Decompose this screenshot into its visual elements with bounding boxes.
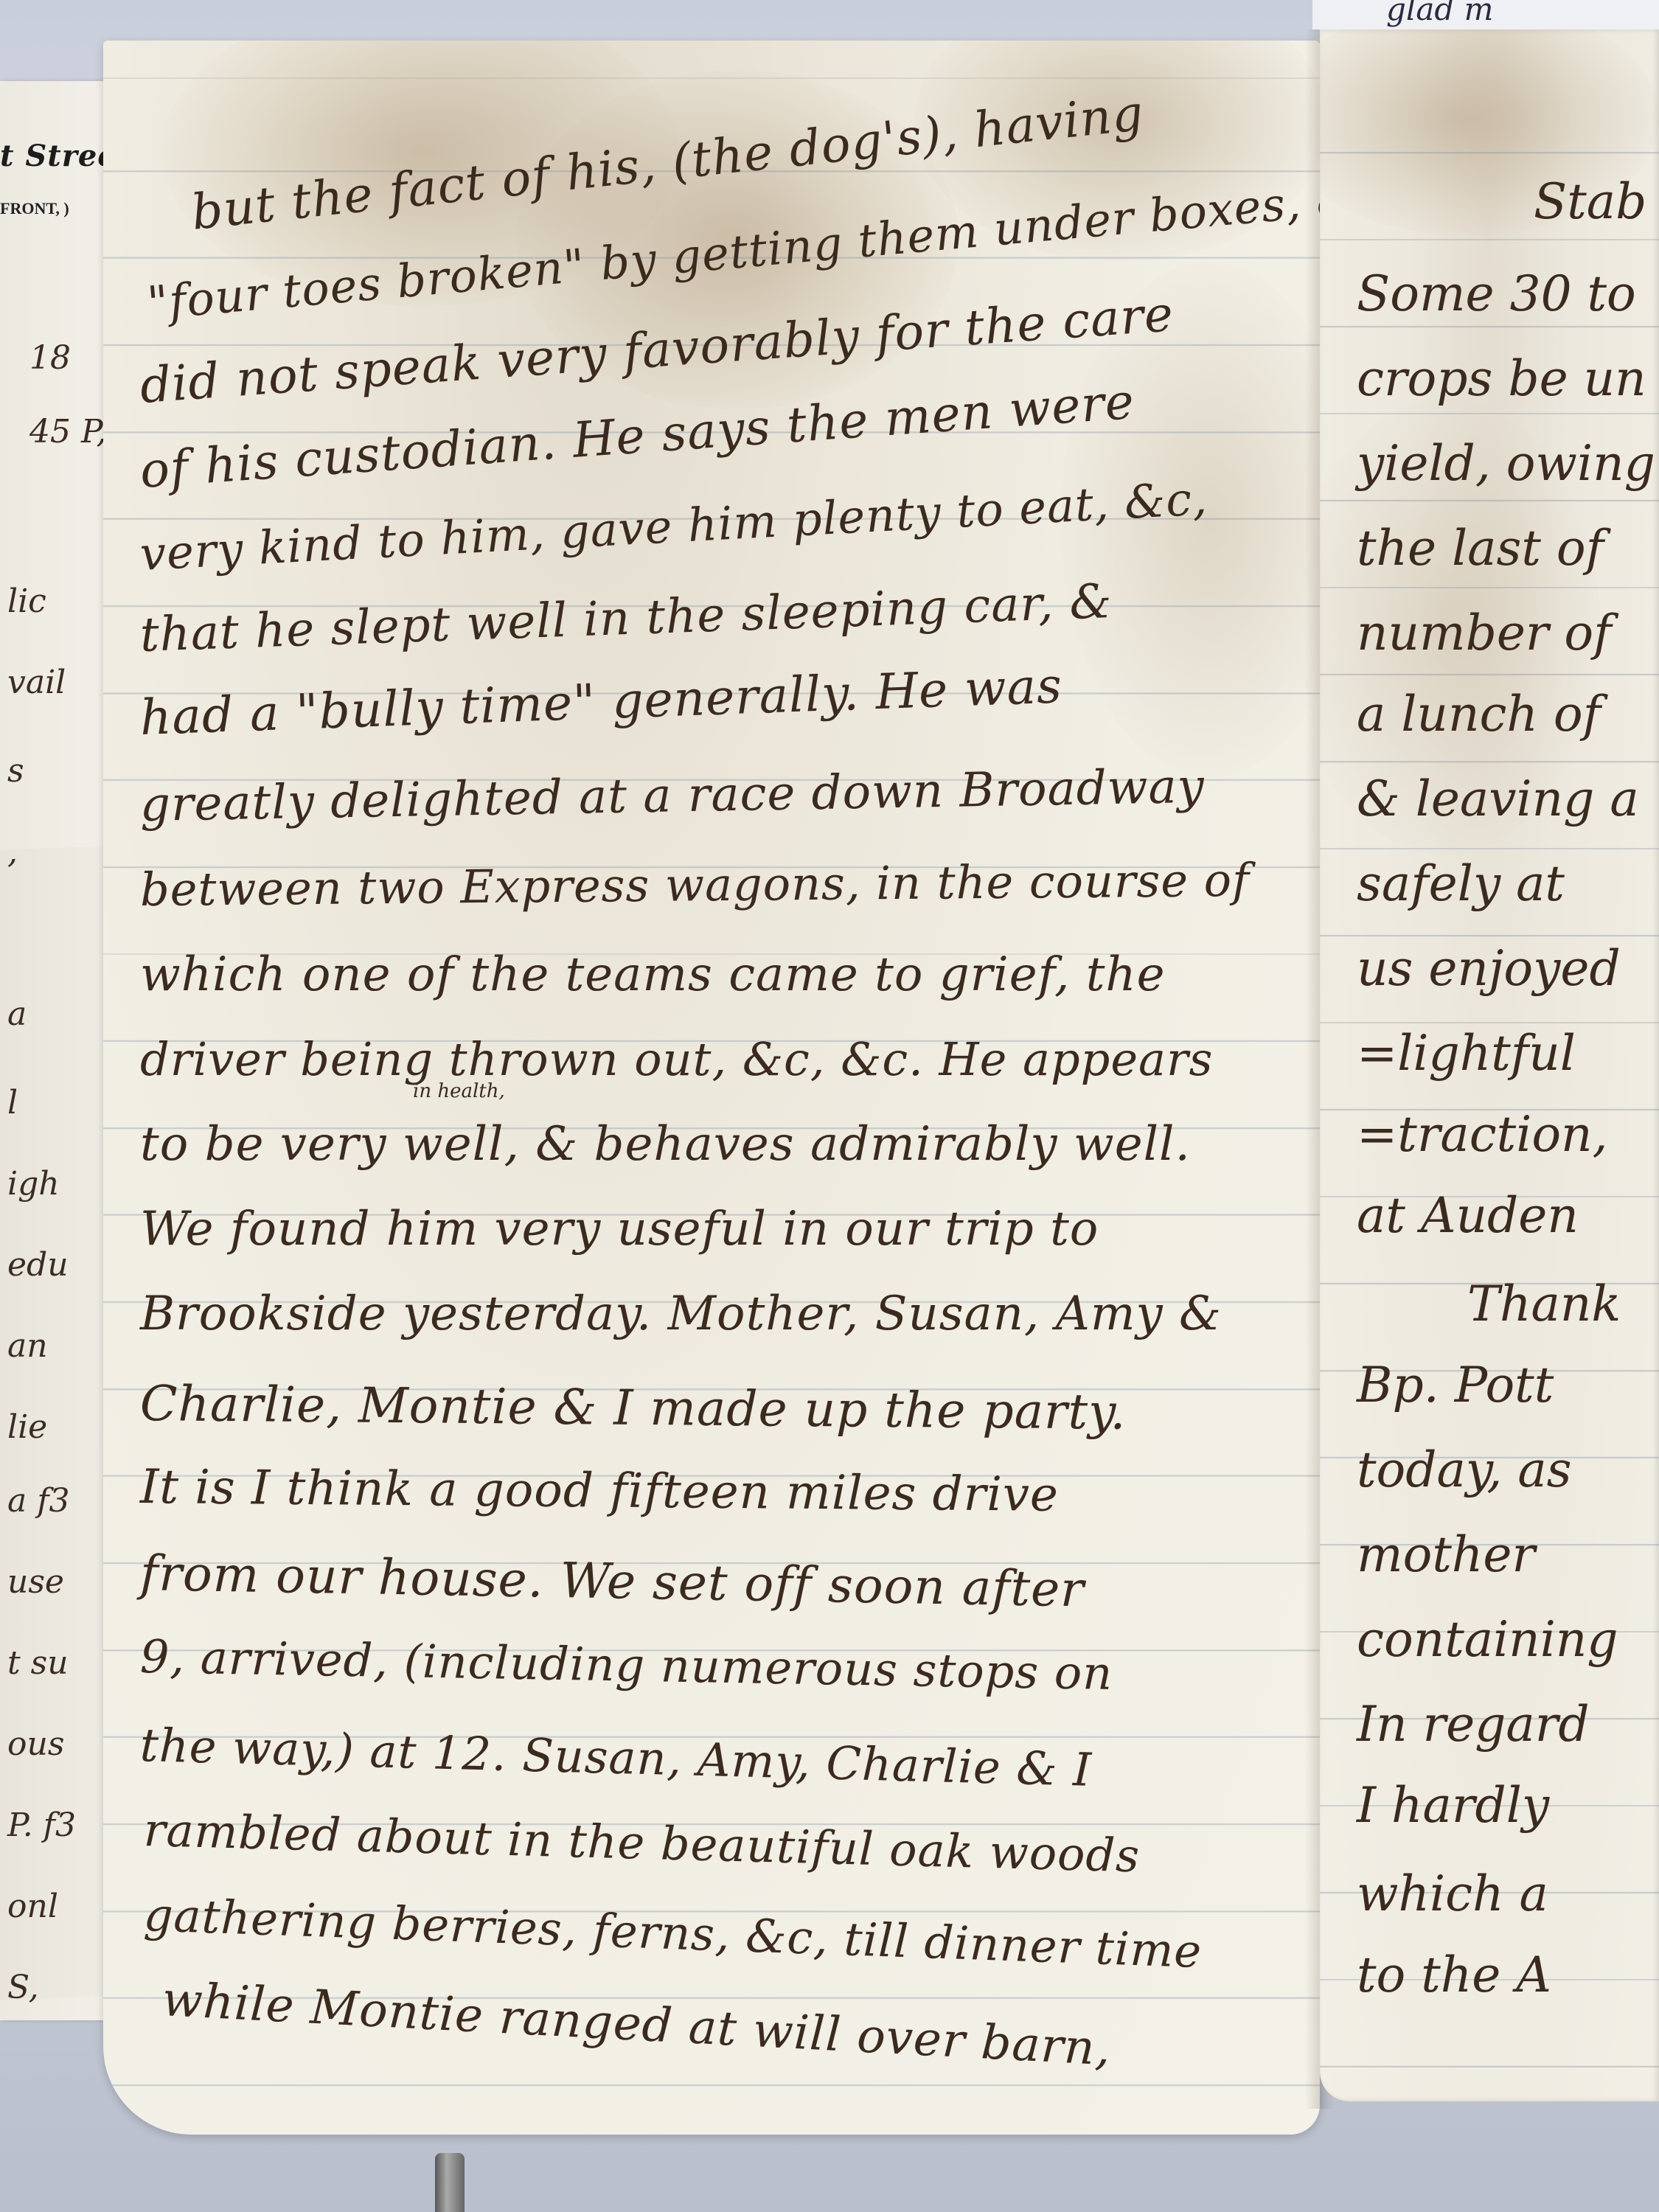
letter-line: Charlie, Montie & I made up the party. xyxy=(140,1375,1291,1442)
right-page-line: I hardly xyxy=(1357,1777,1549,1834)
letter-line: to be very well, & behaves admirably wel… xyxy=(140,1117,1290,1172)
top-right-sheet-handwriting: glad m xyxy=(1386,0,1493,27)
left-sheet-fragment: an xyxy=(7,1327,48,1365)
left-sheet-fragment: S, xyxy=(7,1969,39,2006)
letter-line: Brookside yesterday. Mother, Susan, Amy … xyxy=(140,1287,1290,1341)
left-sheet-fragment: a xyxy=(7,995,27,1033)
left-sheet-fragment: a f3 xyxy=(7,1482,70,1520)
left-sheet-fragment: , xyxy=(7,833,18,871)
right-page-line: =traction, xyxy=(1357,1106,1608,1163)
letter-line: We found him very useful in our trip to xyxy=(140,1202,1290,1256)
right-page-line: safely at xyxy=(1357,855,1565,912)
right-page-line: Bp. Pott xyxy=(1357,1357,1554,1413)
letter-line: which one of the teams came to grief, th… xyxy=(140,947,1290,1002)
letter-page-main: but the fact of his, (the dog's), having… xyxy=(103,41,1320,2135)
right-page-line: Stab xyxy=(1534,173,1646,230)
right-page-line: Thank xyxy=(1467,1276,1621,1332)
left-sheet-fragment: t su xyxy=(7,1644,69,1682)
right-page-line: =lightful xyxy=(1357,1025,1576,1082)
right-page-line: a lunch of xyxy=(1357,686,1601,742)
right-page-line: containing xyxy=(1357,1611,1618,1668)
left-sheet-fragment: edu xyxy=(7,1246,69,1284)
inserted-text-in-health: in health, xyxy=(413,1080,505,1102)
right-page-line: mother xyxy=(1357,1526,1535,1583)
left-sheet-fragment: 45 P, xyxy=(29,413,107,451)
right-page-line: yield, owing xyxy=(1357,435,1655,492)
left-sheet-fragment: 18 xyxy=(29,339,71,377)
left-sheet-fragment: P. f3 xyxy=(7,1806,76,1844)
left-sheet-fragment: s xyxy=(7,752,24,790)
right-page-line: & leaving a xyxy=(1357,771,1639,827)
left-sheet-fragment: l xyxy=(7,1084,18,1121)
left-sheet-fragment: lie xyxy=(7,1408,47,1446)
left-sheet-fragment: lic xyxy=(7,582,46,620)
letterhead-front-text: FRONT, ) xyxy=(0,199,69,218)
right-page-line: us enjoyed xyxy=(1357,940,1621,997)
letter-line: It is I think a good fifteen miles drive xyxy=(140,1460,1291,1525)
letterhead-street-text: t Stree xyxy=(0,139,117,173)
right-page-line: the last of xyxy=(1357,520,1604,577)
right-page-line: number of xyxy=(1357,605,1612,661)
left-sheet-fragment: onl xyxy=(7,1888,58,1925)
right-page-line: Some 30 to xyxy=(1357,265,1636,322)
letter-line: driver being thrown out, &c, &c. He appe… xyxy=(140,1032,1290,1086)
right-page-line: to the A xyxy=(1357,1947,1551,2003)
left-sheet-fragment: igh xyxy=(7,1165,60,1203)
left-sheet-fragment: vail xyxy=(7,664,66,701)
right-page-line: at Auden xyxy=(1357,1187,1579,1244)
right-page-line: In regard xyxy=(1357,1696,1590,1753)
right-page-line: which a xyxy=(1357,1865,1548,1922)
right-page-line: today, as xyxy=(1357,1441,1572,1498)
left-sheet-fragment: ous xyxy=(7,1725,64,1763)
right-page-line: crops be un xyxy=(1357,350,1646,407)
binder-clip xyxy=(435,2153,465,2212)
left-sheet-fragment: use xyxy=(7,1563,64,1601)
letter-page-right: StabSome 30 tocrops be unyield, owingthe… xyxy=(1320,29,1659,2101)
letter-line: between two Express wagons, in the cours… xyxy=(140,852,1291,917)
